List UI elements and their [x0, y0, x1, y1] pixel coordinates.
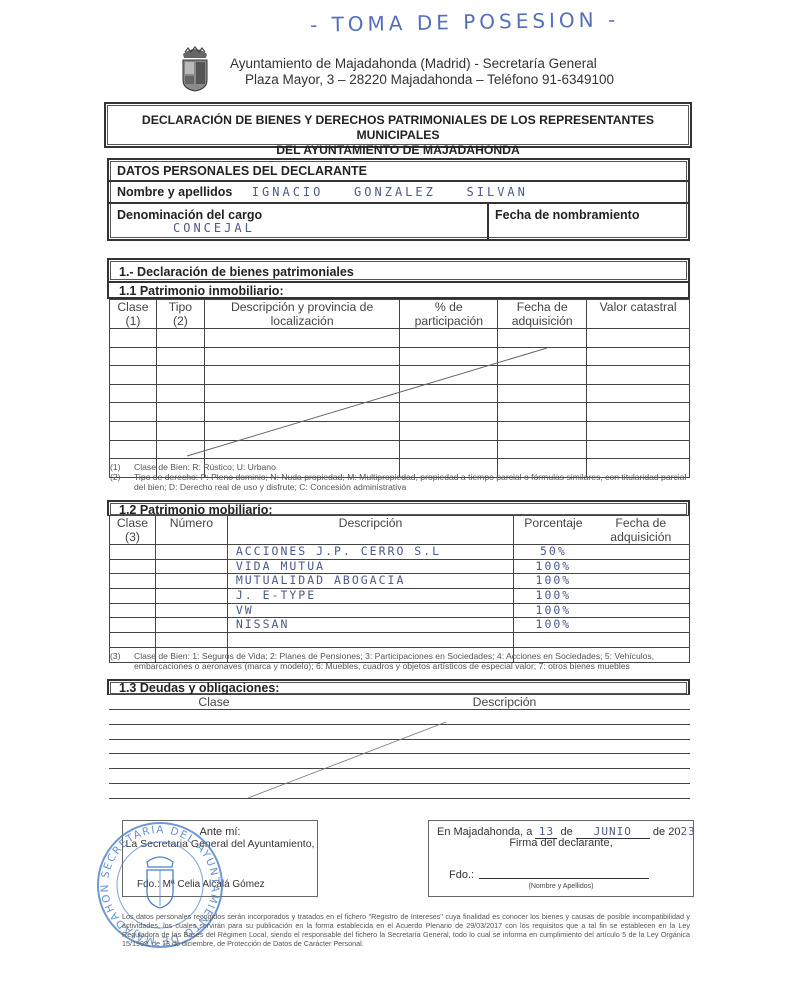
- deudas-row: [109, 754, 690, 769]
- mobiliario-cell-porcentaje[interactable]: 100%: [514, 574, 593, 589]
- mobiliario-cell-porcentaje[interactable]: [514, 633, 593, 648]
- inmobiliario-cell[interactable]: [587, 366, 690, 385]
- mobiliario-row: [110, 633, 690, 648]
- mobiliario-row: VIDA MUTUA100%: [110, 559, 690, 574]
- inmobiliario-cell[interactable]: [587, 440, 690, 459]
- mobiliario-cell-descripcion[interactable]: ACCIONES J.P. CERRO S.L: [227, 545, 513, 560]
- fecha-nombramiento-field[interactable]: Fecha de nombramiento: [489, 204, 689, 239]
- inmobiliario-cell[interactable]: [110, 384, 157, 403]
- legal-notice: Los datos personales recogidos serán inc…: [122, 912, 690, 948]
- deudas-cell[interactable]: [319, 710, 690, 725]
- inmobiliario-cell[interactable]: [498, 440, 587, 459]
- col-descripcion: Descripción y provincia delocalización: [204, 300, 400, 329]
- mobiliario-cell-numero[interactable]: [155, 545, 227, 560]
- mobiliario-cell-descripcion[interactable]: MUTUALIDAD ABOGACIA: [227, 574, 513, 589]
- inmobiliario-cell[interactable]: [156, 347, 204, 366]
- mobiliario-cell-numero[interactable]: [155, 603, 227, 618]
- mobiliario-row: NISSAN100%: [110, 618, 690, 633]
- mobiliario-cell-porcentaje[interactable]: 100%: [514, 559, 593, 574]
- inmobiliario-cell[interactable]: [204, 329, 400, 348]
- inmobiliario-row: [110, 384, 690, 403]
- col-descripcion: Descripción: [227, 516, 513, 545]
- mobiliario-cell-porcentaje[interactable]: 100%: [514, 603, 593, 618]
- cargo-field[interactable]: Denominación del cargo CONCEJAL: [109, 204, 489, 239]
- inmobiliario-cell[interactable]: [587, 329, 690, 348]
- inmobiliario-cell[interactable]: [156, 440, 204, 459]
- deudas-cell[interactable]: [109, 739, 319, 754]
- inmobiliario-row: [110, 347, 690, 366]
- inmobiliario-row: [110, 421, 690, 440]
- col-valor-catastral: Valor catastral: [587, 300, 690, 329]
- inmobiliario-cell[interactable]: [110, 366, 157, 385]
- deudas-cell[interactable]: [109, 710, 319, 725]
- deudas-row: [109, 710, 690, 725]
- inmobiliario-cell[interactable]: [204, 440, 400, 459]
- inmobiliario-cell[interactable]: [587, 384, 690, 403]
- inmobiliario-cell[interactable]: [400, 440, 498, 459]
- col-descripcion: Descripción: [319, 695, 690, 710]
- inmobiliario-cell[interactable]: [587, 403, 690, 422]
- mobiliario-cell-fecha[interactable]: [593, 603, 690, 618]
- col-tipo: Tipo(2): [156, 300, 204, 329]
- mobiliario-cell-descripcion[interactable]: J. E-TYPE: [227, 589, 513, 604]
- col-participacion: % departicipación: [400, 300, 498, 329]
- org-address: Plaza Mayor, 3 – 28220 Majadahonda – Tel…: [245, 72, 614, 87]
- inmobiliario-cell[interactable]: [204, 384, 400, 403]
- mobiliario-table: Clase(3) Número Descripción Porcentaje F…: [109, 515, 690, 663]
- deudas-row: [109, 769, 690, 784]
- section1-heading: 1.- Declaración de bienes patrimoniales: [107, 258, 690, 283]
- mobiliario-cell-numero[interactable]: [155, 574, 227, 589]
- col-numero: Número: [155, 516, 227, 545]
- inmobiliario-cell[interactable]: [400, 384, 498, 403]
- cargo-value: CONCEJAL: [173, 221, 487, 235]
- mobiliario-cell-descripcion[interactable]: [227, 633, 513, 648]
- mobiliario-cell-clase[interactable]: [110, 574, 156, 589]
- deudas-cell[interactable]: [319, 783, 690, 798]
- inmobiliario-cell[interactable]: [110, 329, 157, 348]
- mobiliario-cell-clase[interactable]: [110, 589, 156, 604]
- inmobiliario-cell[interactable]: [110, 440, 157, 459]
- form-title-line1: DECLARACIÓN DE BIENES Y DERECHOS PATRIMO…: [106, 113, 690, 143]
- footnote-1: (1) Clase de Bien: R: Rústico; U: Urbano: [110, 462, 276, 472]
- deudas-cell[interactable]: [109, 754, 319, 769]
- firma-label: Firma del declarante,: [429, 837, 693, 849]
- inmobiliario-cell[interactable]: [156, 366, 204, 385]
- inmobiliario-cell[interactable]: [498, 347, 587, 366]
- inmobiliario-cell[interactable]: [587, 347, 690, 366]
- inmobiliario-cell[interactable]: [400, 366, 498, 385]
- inmobiliario-row: [110, 403, 690, 422]
- inmobiliario-cell[interactable]: [498, 366, 587, 385]
- col-clase: Clase(1): [110, 300, 157, 329]
- name-label: Nombre y apellidos: [117, 185, 232, 199]
- inmobiliario-cell[interactable]: [204, 403, 400, 422]
- handwritten-note: - TOMA DE POSESION -: [310, 7, 620, 36]
- deudas-cell[interactable]: [319, 769, 690, 784]
- mobiliario-cell-fecha[interactable]: [593, 574, 690, 589]
- inmobiliario-row: [110, 366, 690, 385]
- inmobiliario-heading: 1.1 Patrimonio inmobiliario:: [107, 283, 690, 299]
- mobiliario-row: VW100%: [110, 603, 690, 618]
- mobiliario-cell-porcentaje[interactable]: 100%: [514, 589, 593, 604]
- inmobiliario-cell[interactable]: [587, 421, 690, 440]
- inmobiliario-cell[interactable]: [156, 403, 204, 422]
- mobiliario-cell-fecha[interactable]: [593, 545, 690, 560]
- inmobiliario-cell[interactable]: [204, 366, 400, 385]
- col-clase: Clase(3): [110, 516, 156, 545]
- deudas-cell[interactable]: [109, 769, 319, 784]
- mobiliario-cell-fecha[interactable]: [593, 589, 690, 604]
- form-title: DECLARACIÓN DE BIENES Y DERECHOS PATRIMO…: [104, 102, 692, 148]
- inmobiliario-cell[interactable]: [400, 329, 498, 348]
- deudas-cell[interactable]: [319, 724, 690, 739]
- inmobiliario-row: [110, 329, 690, 348]
- mobiliario-cell-numero[interactable]: [155, 633, 227, 648]
- name-field[interactable]: Nombre y apellidos IGNACIO GONZALEZ SILV…: [109, 182, 688, 204]
- deudas-cell[interactable]: [109, 724, 319, 739]
- mobiliario-row: ACCIONES J.P. CERRO S.L50%: [110, 545, 690, 560]
- mobiliario-cell-clase[interactable]: [110, 545, 156, 560]
- mobiliario-cell-clase[interactable]: [110, 559, 156, 574]
- inmobiliario-cell[interactable]: [156, 421, 204, 440]
- fdo-sublabel: (Nombre y Apellidos): [429, 883, 693, 890]
- inmobiliario-header-row: Clase(1) Tipo(2) Descripción y provincia…: [110, 300, 690, 329]
- mobiliario-heading: 1.2 Patrimonio mobiliario:: [107, 500, 690, 516]
- mobiliario-cell-descripcion[interactable]: VIDA MUTUA: [227, 559, 513, 574]
- personal-data-section: DATOS PERSONALES DEL DECLARANTE Nombre y…: [107, 158, 690, 241]
- mobiliario-row: J. E-TYPE100%: [110, 589, 690, 604]
- inmobiliario-cell[interactable]: [498, 403, 587, 422]
- col-fecha-adquisicion: Fecha deadquisición: [498, 300, 587, 329]
- deudas-cell[interactable]: [319, 754, 690, 769]
- mobiliario-cell-descripcion[interactable]: VW: [227, 603, 513, 618]
- inmobiliario-row: [110, 440, 690, 459]
- mobiliario-cell-numero[interactable]: [155, 589, 227, 604]
- mobiliario-cell-descripcion[interactable]: NISSAN: [227, 618, 513, 633]
- inmobiliario-cell[interactable]: [204, 347, 400, 366]
- inmobiliario-cell[interactable]: [156, 329, 204, 348]
- deudas-cell[interactable]: [319, 739, 690, 754]
- mobiliario-header-row: Clase(3) Número Descripción Porcentaje F…: [110, 516, 690, 545]
- declarant-signature-box: En Majadahonda, a 13 de JUNIO de 2023 Fi…: [428, 820, 694, 897]
- inmobiliario-cell[interactable]: [498, 329, 587, 348]
- fdo-label: Fdo.:: [449, 869, 474, 881]
- deudas-row: [109, 739, 690, 754]
- mobiliario-cell-clase[interactable]: [110, 618, 156, 633]
- name-value: IGNACIO GONZALEZ SILVAN: [252, 185, 528, 199]
- deudas-heading: 1.3 Deudas y obligaciones:: [107, 679, 690, 695]
- mobiliario-row: MUTUALIDAD ABOGACIA100%: [110, 574, 690, 589]
- deudas-cell[interactable]: [109, 783, 319, 798]
- inmobiliario-cell[interactable]: [110, 347, 157, 366]
- inmobiliario-cell[interactable]: [498, 384, 587, 403]
- personal-data-heading: DATOS PERSONALES DEL DECLARANTE: [109, 160, 688, 182]
- fecha-nombramiento-label: Fecha de nombramiento: [495, 208, 689, 222]
- inmobiliario-cell[interactable]: [156, 384, 204, 403]
- deudas-row: [109, 783, 690, 798]
- crest-icon: [180, 44, 210, 92]
- mobiliario-cell-fecha[interactable]: [593, 633, 690, 648]
- deudas-table: Clase Descripción: [109, 694, 690, 799]
- inmobiliario-table: Clase(1) Tipo(2) Descripción y provincia…: [109, 299, 690, 478]
- org-name: Ayuntamiento de Majadahonda (Madrid) - S…: [230, 56, 597, 71]
- inmobiliario-cell[interactable]: [110, 403, 157, 422]
- col-clase: Clase: [109, 695, 319, 710]
- col-fecha-adquisicion: Fecha deadquisición: [593, 516, 690, 545]
- mobiliario-cell-porcentaje[interactable]: 50%: [514, 545, 593, 560]
- col-porcentaje: Porcentaje: [514, 516, 593, 545]
- mobiliario-cell-porcentaje[interactable]: 100%: [514, 618, 593, 633]
- inmobiliario-cell[interactable]: [110, 421, 157, 440]
- mobiliario-cell-clase[interactable]: [110, 633, 156, 648]
- footnote-2: (2) Tipo de derecho: P: Pleno dominio; N…: [110, 472, 690, 492]
- deudas-row: [109, 724, 690, 739]
- mobiliario-cell-fecha[interactable]: [593, 618, 690, 633]
- mobiliario-cell-fecha[interactable]: [593, 559, 690, 574]
- mobiliario-cell-numero[interactable]: [155, 618, 227, 633]
- mobiliario-cell-numero[interactable]: [155, 559, 227, 574]
- inmobiliario-cell[interactable]: [498, 421, 587, 440]
- form-title-line2: DEL AYUNTAMIENTO DE MAJADAHONDA: [106, 143, 690, 158]
- mobiliario-cell-clase[interactable]: [110, 603, 156, 618]
- signature-line[interactable]: [479, 878, 649, 879]
- deudas-header-row: Clase Descripción: [109, 695, 690, 710]
- footnote-3: (3) Clase de Bien: 1: Seguros de Vida; 2…: [110, 651, 690, 671]
- inmobiliario-cell[interactable]: [400, 421, 498, 440]
- inmobiliario-cell[interactable]: [400, 403, 498, 422]
- inmobiliario-cell[interactable]: [400, 347, 498, 366]
- inmobiliario-cell[interactable]: [204, 421, 400, 440]
- cargo-label: Denominación del cargo: [117, 208, 487, 222]
